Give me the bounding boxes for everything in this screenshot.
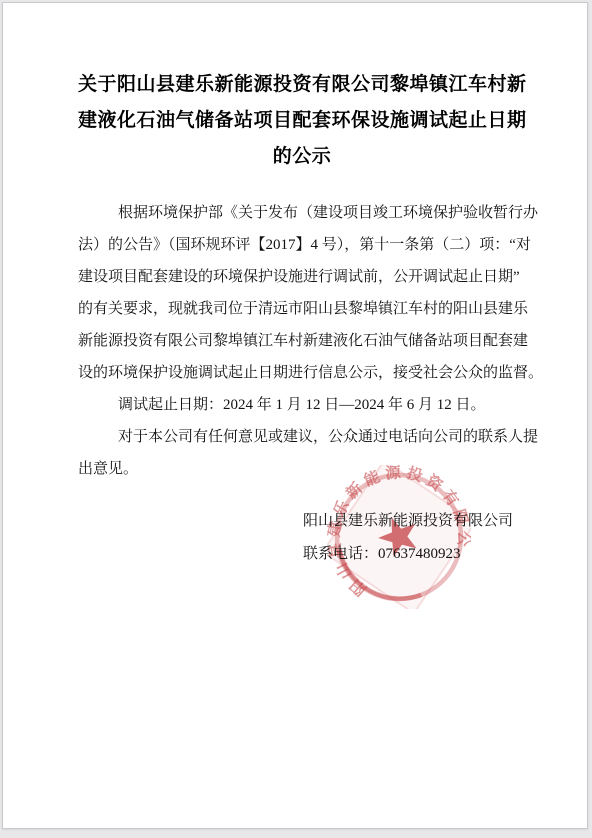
title-line-3: 的公示 [78,139,526,175]
body-line: 设的环境保护设施调试起止日期进行信息公示，接受社会公众的监督。 [78,357,526,389]
body-line: 根据环境保护部《关于发布（建设项目竣工环境保护验收暂行办 [78,197,526,229]
body-line: 新能源投资有限公司黎埠镇江车村新建液化石油气储备站项目配套建 [78,325,526,357]
notice-title: 关于阳山县建乐新能源投资有限公司黎埠镇江车村新 建液化石油气储备站项目配套环保设… [78,67,526,175]
body-line: 的有关要求，现就我司位于清远市阳山县黎埠镇江车村的阳山县建乐 [78,293,526,325]
body-line: 对于本公司有任何意见或建议，公众通过电话向公司的联系人提 [78,421,526,453]
document-page: 阳山县建乐新能源投资有限公司 关于阳山县建乐新能源投资有限公司黎埠镇江车村新 建… [2,2,588,829]
body-line: 出意见。 [78,453,526,485]
title-line-2: 建液化石油气储备站项目配套环保设施调试起止日期 [78,103,526,139]
signature-block: 阳山县建乐新能源投资有限公司 联系电话：07637480923 [303,505,526,571]
signature-phone: 联系电话：07637480923 [303,538,526,571]
document-content: 关于阳山县建乐新能源投资有限公司黎埠镇江车村新 建液化石油气储备站项目配套环保设… [3,3,587,571]
signature-company: 阳山县建乐新能源投资有限公司 [303,505,526,538]
body-line: 建设项目配套建设的环境保护设施进行调试前，公开调试起止日期” [78,261,526,293]
notice-body: 根据环境保护部《关于发布（建设项目竣工环境保护验收暂行办 法）的公告》（国环规环… [78,197,526,485]
body-line: 法）的公告》（国环规环评【2017】4 号），第十一条第（二）项：“对 [78,229,526,261]
body-line-dates: 调试起止日期：2024 年 1 月 12 日—2024 年 6 月 12 日。 [78,389,526,421]
title-line-1: 关于阳山县建乐新能源投资有限公司黎埠镇江车村新 [78,67,526,103]
